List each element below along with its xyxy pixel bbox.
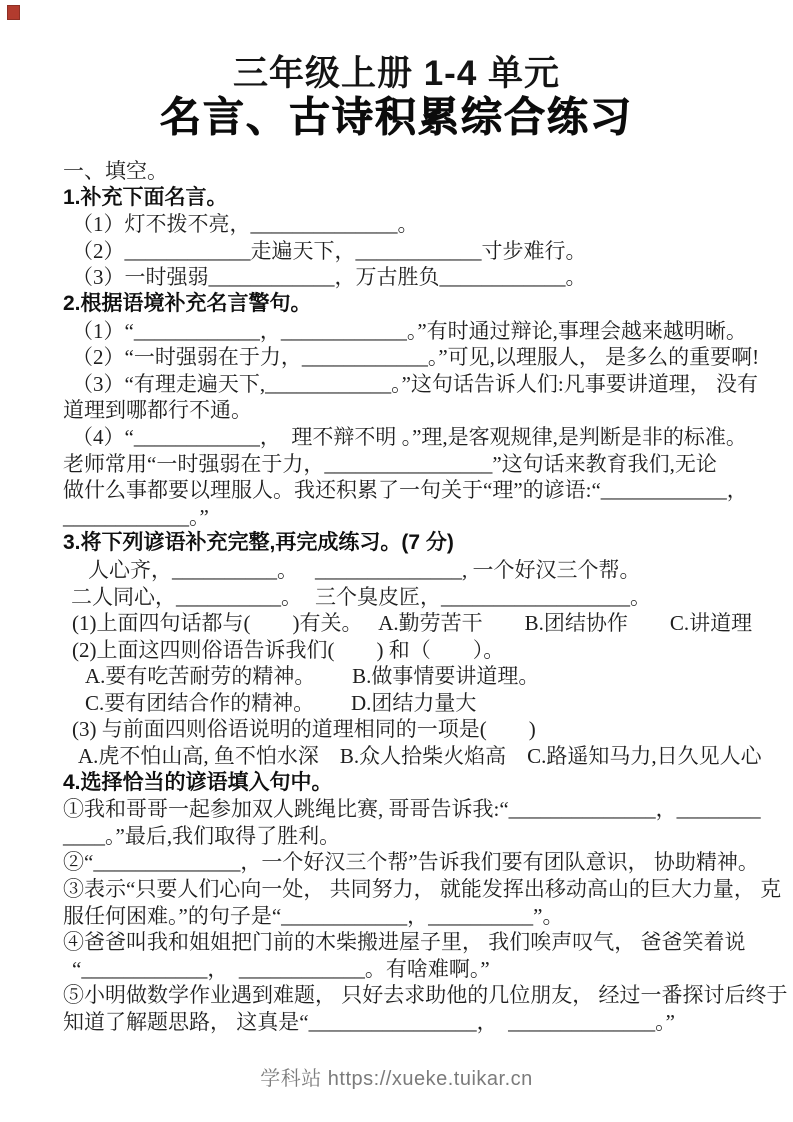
q1-item-3: （3）一时强弱____________，万古胜负____________。 [63, 264, 763, 291]
q3-proverb-row-2: 二人同心，__________。 三个臭皮匠，_________________… [63, 584, 763, 611]
page-title: 三年级上册 1-4 单元 [0, 54, 793, 93]
q3-proverb-4: 三个臭皮匠，__________________。 [315, 584, 763, 611]
q4-item-2: ②“______________，一个好汉三个帮”告诉我们要有团队意识， 协助精… [63, 849, 763, 876]
q4-item-5-cont: 知道了解题思路， 这真是“________________， _________… [63, 1009, 763, 1036]
q3-proverb-row-1: 人心齐，__________。 ______________, 一个好汉三个帮。 [63, 557, 763, 584]
q3-sub-3-options: A.虎不怕山高, 鱼不怕水深 B.众人拾柴火焰高 C.路遥知马力,日久见人心 [63, 743, 763, 770]
q3-sub-2-options-cd: C.要有团结合作的精神。 D.团结力量大 [63, 690, 763, 717]
q4-heading: 4.选择恰当的谚语填入句中。 [63, 770, 763, 797]
q3-heading: 3.将下列谚语补充完整,再完成练习。(7 分) [63, 530, 763, 557]
q4-item-4-cont: “____________， ____________。有啥难啊。” [63, 956, 763, 983]
q4-item-3-cont: 服任何困难。”的句子是“____________，__________”。 [63, 903, 763, 930]
q2-item-4-cont-3: ____________。” [63, 504, 763, 531]
section-one-heading: 一、填空。 [63, 158, 763, 185]
worksheet-page: 三年级上册 1-4 单元 名言、古诗积累综合练习 一、填空。 1.补充下面名言。… [0, 0, 793, 1122]
q3-proverb-2: ______________, 一个好汉三个帮。 [315, 557, 763, 584]
q4-item-4: ④爸爸叫我和姐姐把门前的木柴搬进屋子里， 我们唉声叹气， 爸爸笑着说 [63, 929, 763, 956]
q2-item-3: （3）“有理走遍天下,____________。”这句话告诉人们:凡事要讲道理，… [63, 371, 763, 398]
page-header: 三年级上册 1-4 单元 名言、古诗积累综合练习 [0, 0, 793, 141]
red-mark [8, 6, 19, 19]
q2-item-2: （2）“一时强弱在于力，____________。”可见,以理服人， 是多么的重… [63, 344, 763, 371]
footer-watermark: 学科站 https://xueke.tuikar.cn [0, 1062, 793, 1091]
q2-item-4: （4）“____________， 理不辩不明 。”理,是客观规律,是判断是非的… [63, 424, 763, 451]
q4-item-1: ①我和哥哥一起参加双人跳绳比赛, 哥哥告诉我:“______________，_… [63, 796, 763, 823]
q3-sub-1: (1)上面四句话都与( )有关。 A.勤劳苦干 B.团结协作 C.讲道理 [63, 610, 763, 637]
q2-item-1: （1）“____________，____________。”有时通过辩论,事理… [63, 318, 763, 345]
q4-item-5: ⑤小明做数学作业遇到难题， 只好去求助他的几位朋友， 经过一番探讨后终于 [63, 982, 763, 1009]
q2-item-3-cont: 道理到哪都行不通。 [63, 397, 763, 424]
q1-heading: 1.补充下面名言。 [63, 185, 763, 212]
q2-heading: 2.根据语境补充名言警句。 [63, 291, 763, 318]
q3-proverb-3: 二人同心，__________。 [63, 584, 315, 611]
q3-proverb-1: 人心齐，__________。 [63, 557, 315, 584]
q3-sub-3: (3) 与前面四则俗语说明的道理相同的一项是( ) [63, 716, 763, 743]
q2-item-4-cont-2: 做什么事都要以理服人。我还积累了一句关于“理”的谚语:“____________… [63, 477, 763, 504]
q1-item-2: （2）____________走遍天下，____________寸步难行。 [63, 238, 763, 265]
q3-sub-2-options-ab: A.要有吃苦耐劳的精神。 B.做事情要讲道理。 [63, 663, 763, 690]
page-subtitle: 名言、古诗积累综合练习 [0, 95, 793, 141]
q4-item-3: ③表示“只要人们心向一处， 共同努力， 就能发挥出移动高山的巨大力量， 克 [63, 876, 763, 903]
q2-item-4-cont-1: 老师常用“一时强弱在于力，________________”这句话来教育我们,无… [63, 451, 763, 478]
worksheet-body: 一、填空。 1.补充下面名言。 （1）灯不拨不亮，______________。… [63, 158, 763, 1036]
q3-sub-2: (2)上面这四则俗语告诉我们( ) 和（ ）。 [63, 637, 763, 664]
q4-item-1-cont: ____。”最后,我们取得了胜利。 [63, 823, 763, 850]
q1-item-1: （1）灯不拨不亮，______________。 [63, 211, 763, 238]
